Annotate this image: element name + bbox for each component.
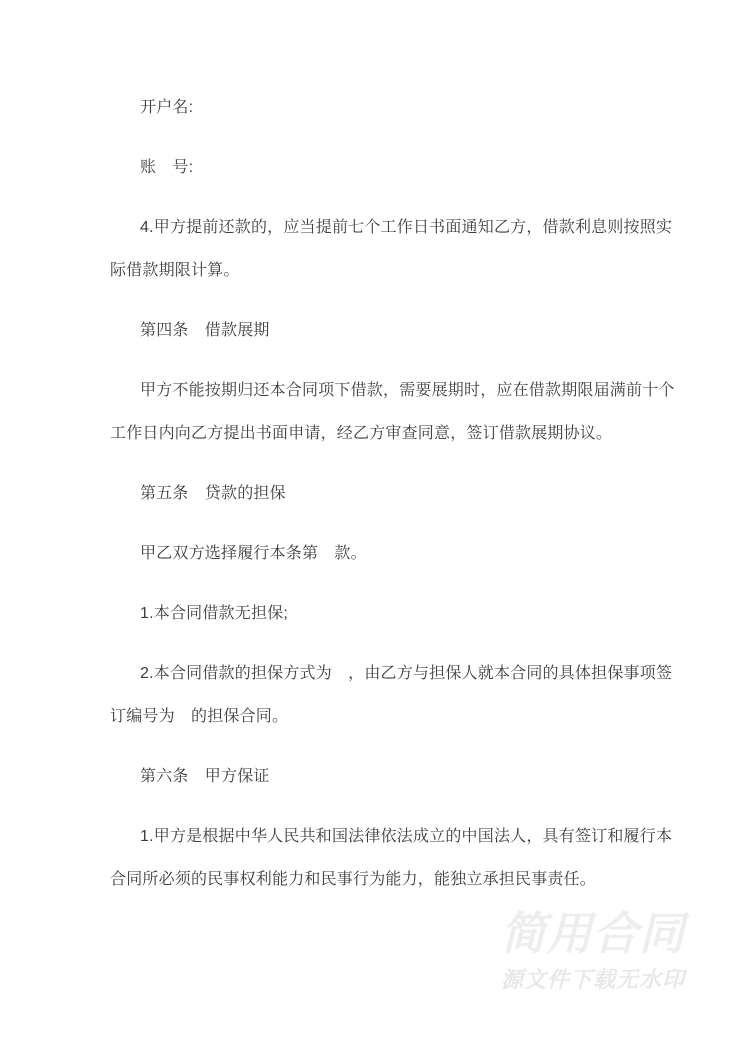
text-line: 1.本合同借款无担保; — [110, 592, 655, 635]
text-line: 第五条 贷款的担保 — [110, 472, 655, 515]
text-line: 4.甲方提前还款的，应当提前七个工作日书面通知乙方，借款利息则按照实 — [110, 206, 655, 249]
para-guarantee-method-option: 2.本合同借款的担保方式为 ，由乙方与担保人就本合同的具体担保事项签 订编号为 … — [110, 652, 655, 738]
text-line: 1.甲方是根据中华人民共和国法律依法成立的中国法人，具有签订和履行本 — [110, 815, 655, 858]
heading-article-4: 第四条 借款展期 — [110, 309, 655, 352]
para-prepayment-clause: 4.甲方提前还款的，应当提前七个工作日书面通知乙方，借款利息则按照实 际借款期限… — [110, 206, 655, 292]
text-line: 甲乙双方选择履行本条第 款。 — [110, 532, 655, 575]
text-line: 际借款期限计算。 — [110, 249, 655, 292]
text-line: 甲方不能按期归还本合同项下借款，需要展期时，应在借款期限届满前十个 — [110, 369, 655, 412]
para-account-number: 账 号: — [110, 146, 655, 189]
contract-body: 开户名: 账 号: 4.甲方提前还款的，应当提前七个工作日书面通知乙方，借款利息… — [110, 86, 655, 918]
para-no-guarantee-option: 1.本合同借款无担保; — [110, 592, 655, 635]
text-line: 账 号: — [110, 146, 655, 189]
text-line: 开户名: — [110, 86, 655, 129]
text-line: 订编号为 的担保合同。 — [110, 695, 655, 738]
para-party-a-warranty: 1.甲方是根据中华人民共和国法律依法成立的中国法人，具有签订和履行本 合同所必须… — [110, 815, 655, 901]
text-line: 第四条 借款展期 — [110, 309, 655, 352]
watermark-title: 简用合同 — [501, 908, 685, 960]
para-account-name: 开户名: — [110, 86, 655, 129]
text-line: 工作日内向乙方提出书面申请，经乙方审查同意，签订借款展期协议。 — [110, 412, 655, 455]
para-guarantee-selection: 甲乙双方选择履行本条第 款。 — [110, 532, 655, 575]
text-line: 2.本合同借款的担保方式为 ，由乙方与担保人就本合同的具体担保事项签 — [110, 652, 655, 695]
heading-article-6: 第六条 甲方保证 — [110, 755, 655, 798]
para-loan-extension-clause: 甲方不能按期归还本合同项下借款，需要展期时，应在借款期限届满前十个 工作日内向乙… — [110, 369, 655, 455]
text-line: 合同所必须的民事权利能力和民事行为能力，能独立承担民事责任。 — [110, 858, 655, 901]
heading-article-5: 第五条 贷款的担保 — [110, 472, 655, 515]
contract-page: 开户名: 账 号: 4.甲方提前还款的，应当提前七个工作日书面通知乙方，借款利息… — [0, 0, 742, 1049]
watermark: 简用合同 源文件下载无水印 — [501, 908, 685, 993]
watermark-subtitle: 源文件下载无水印 — [501, 967, 685, 993]
text-line: 第六条 甲方保证 — [110, 755, 655, 798]
